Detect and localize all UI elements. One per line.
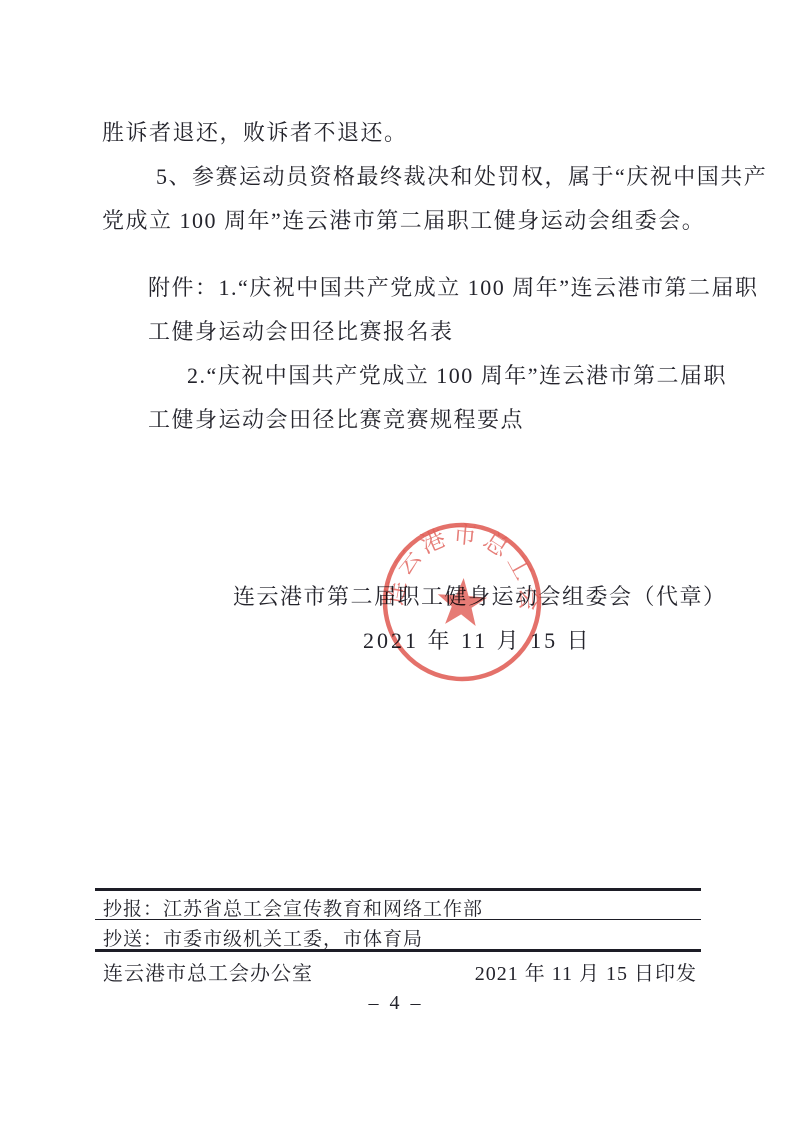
body-item5-line1: 5、参赛运动员资格最终裁决和处罚权，属于“庆祝中国共产 [156,163,767,191]
page-number: – 4 – [0,992,792,1015]
body-item5-line2: 党成立 100 周年”连云港市第二届职工健身运动会组委会。 [102,207,705,235]
footer-copy-send: 抄送：市委市级机关工委，市体育局 [103,924,423,951]
footer-rule-top [95,888,701,891]
attachment-2-line2: 工健身运动会田径比赛竞赛规程要点 [148,406,524,434]
footer-issuer: 连云港市总工会办公室 [103,957,313,986]
footer-print-date: 2021 年 11 月 15 日印发 [475,957,697,986]
attachment-2-line1: 2.“庆祝中国共产党成立 100 周年”连云港市第二届职 [187,362,727,390]
attachment-1-line2: 工健身运动会田径比赛报名表 [148,318,454,346]
official-seal: 连云港市总工会 [366,506,558,698]
attachment-1-line1: 附件：1.“庆祝中国共产党成立 100 周年”连云港市第二届职 [148,274,759,302]
seal-star-icon [436,576,489,626]
footer-copy-report: 抄报：江苏省总工会宣传教育和网络工作部 [103,894,483,921]
body-paragraph-end: 胜诉者退还，败诉者不退还。 [102,119,408,147]
document-page: 胜诉者退还，败诉者不退还。 5、参赛运动员资格最终裁决和处罚权，属于“庆祝中国共… [0,0,792,1122]
